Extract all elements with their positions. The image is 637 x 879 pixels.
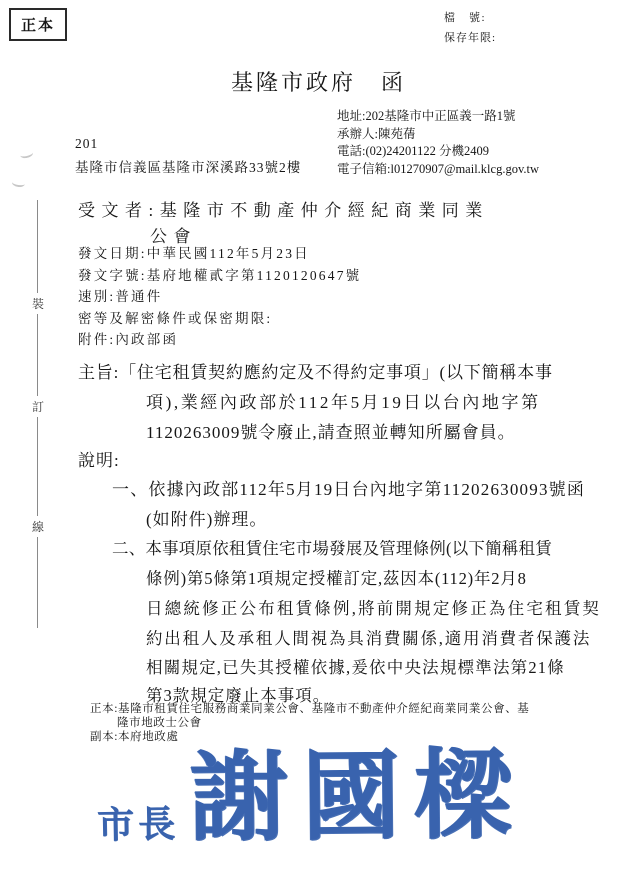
document-metadata-block: 發文日期:中華民國112年5月23日 發文字號:基府地權貳字第112012064… [78,243,361,351]
mayor-title-stamp: 市長 [97,793,180,848]
explanation-item2-line-2: 條例)第5條第1項規定授權訂定,茲因本(112)年2月8 [146,565,527,589]
explanation-item2-line-3: 日總統修正公布租賃條例,將前開規定修正為住宅租賃契 [146,595,601,619]
agency-case-officer: 承辦人:陳苑蒨 [337,126,539,144]
agency-email: 電子信箱:l01270907@mail.klcg.gov.tw [337,161,539,179]
recipient-line-1: 受文者:基隆市不動產仲介經紀商業同業 [78,196,489,221]
issue-date: 發文日期:中華民國112年5月23日 [78,243,361,265]
recipient-mailing-address: 基隆市信義區基隆市深溪路33號2樓 [75,156,301,176]
agency-address: 地址:202基隆市中正區義一路1號 [337,108,539,126]
explanation-item2-line-1: 二、本事項原依租賃住宅市場發展及管理條例(以下簡稱租賃 [112,535,552,559]
subject-line-1: 主旨:「住宅租賃契約應約定及不得約定事項」(以下簡稱本事 [78,358,553,383]
subject-line-2: 項),業經內政部於112年5月19日以台內地字第 [146,388,541,413]
reference-number: 發文字號:基府地權貳字第1120120647號 [78,265,361,287]
recipient-postal-code: 201 [75,136,98,152]
explanation-item2-line-4: 約出租人及承租人間視為具消費關係,適用消費者保護法 [146,625,591,649]
binding-mark-zhuang: 裝 [30,293,46,314]
explanation-item1-line-1: 一、依據內政部112年5月19日台內地字第11202630093號函 [112,475,585,500]
margin-scan-artifact [19,149,33,160]
official-letter-page: 正本 檔 號: 保存年限: 基隆市政府 函 地址:202基隆市中正區義一路1號 … [0,0,637,879]
file-number-label: 檔 號: [444,9,486,25]
explanation-item2-line-5: 相關規定,已失其授權依據,爰依中央法規標準法第21條 [146,654,565,678]
binding-mark-xian: 線 [30,516,46,537]
document-title: 基隆市政府 函 [231,66,406,97]
distribution-copy-line: 副本:本府地政處 [90,728,179,744]
margin-scan-artifact [12,178,26,188]
agency-contact-block: 地址:202基隆市中正區義一路1號 承辦人:陳苑蒨 電話:(02)2420112… [337,108,539,178]
agency-phone: 電話:(02)24201122 分機2409 [337,143,539,161]
attachment: 附件:內政部函 [78,329,361,351]
explanation-item1-line-2: (如附件)辦理。 [146,505,267,530]
retention-period-label: 保存年限: [444,29,496,45]
copy-type-box: 正本 [9,8,67,41]
subject-line-3: 1120263009號令廢止,請查照並轉知所屬會員。 [146,418,516,443]
copy-type-label: 正本 [21,14,55,35]
binding-mark-ding: 訂 [30,396,46,417]
mayor-name-stamp: 謝國樑 [190,743,527,854]
explanation-heading: 說明: [78,446,120,471]
security-classification: 密等及解密條件或保密期限: [78,308,361,330]
priority: 速別:普通件 [78,286,361,308]
